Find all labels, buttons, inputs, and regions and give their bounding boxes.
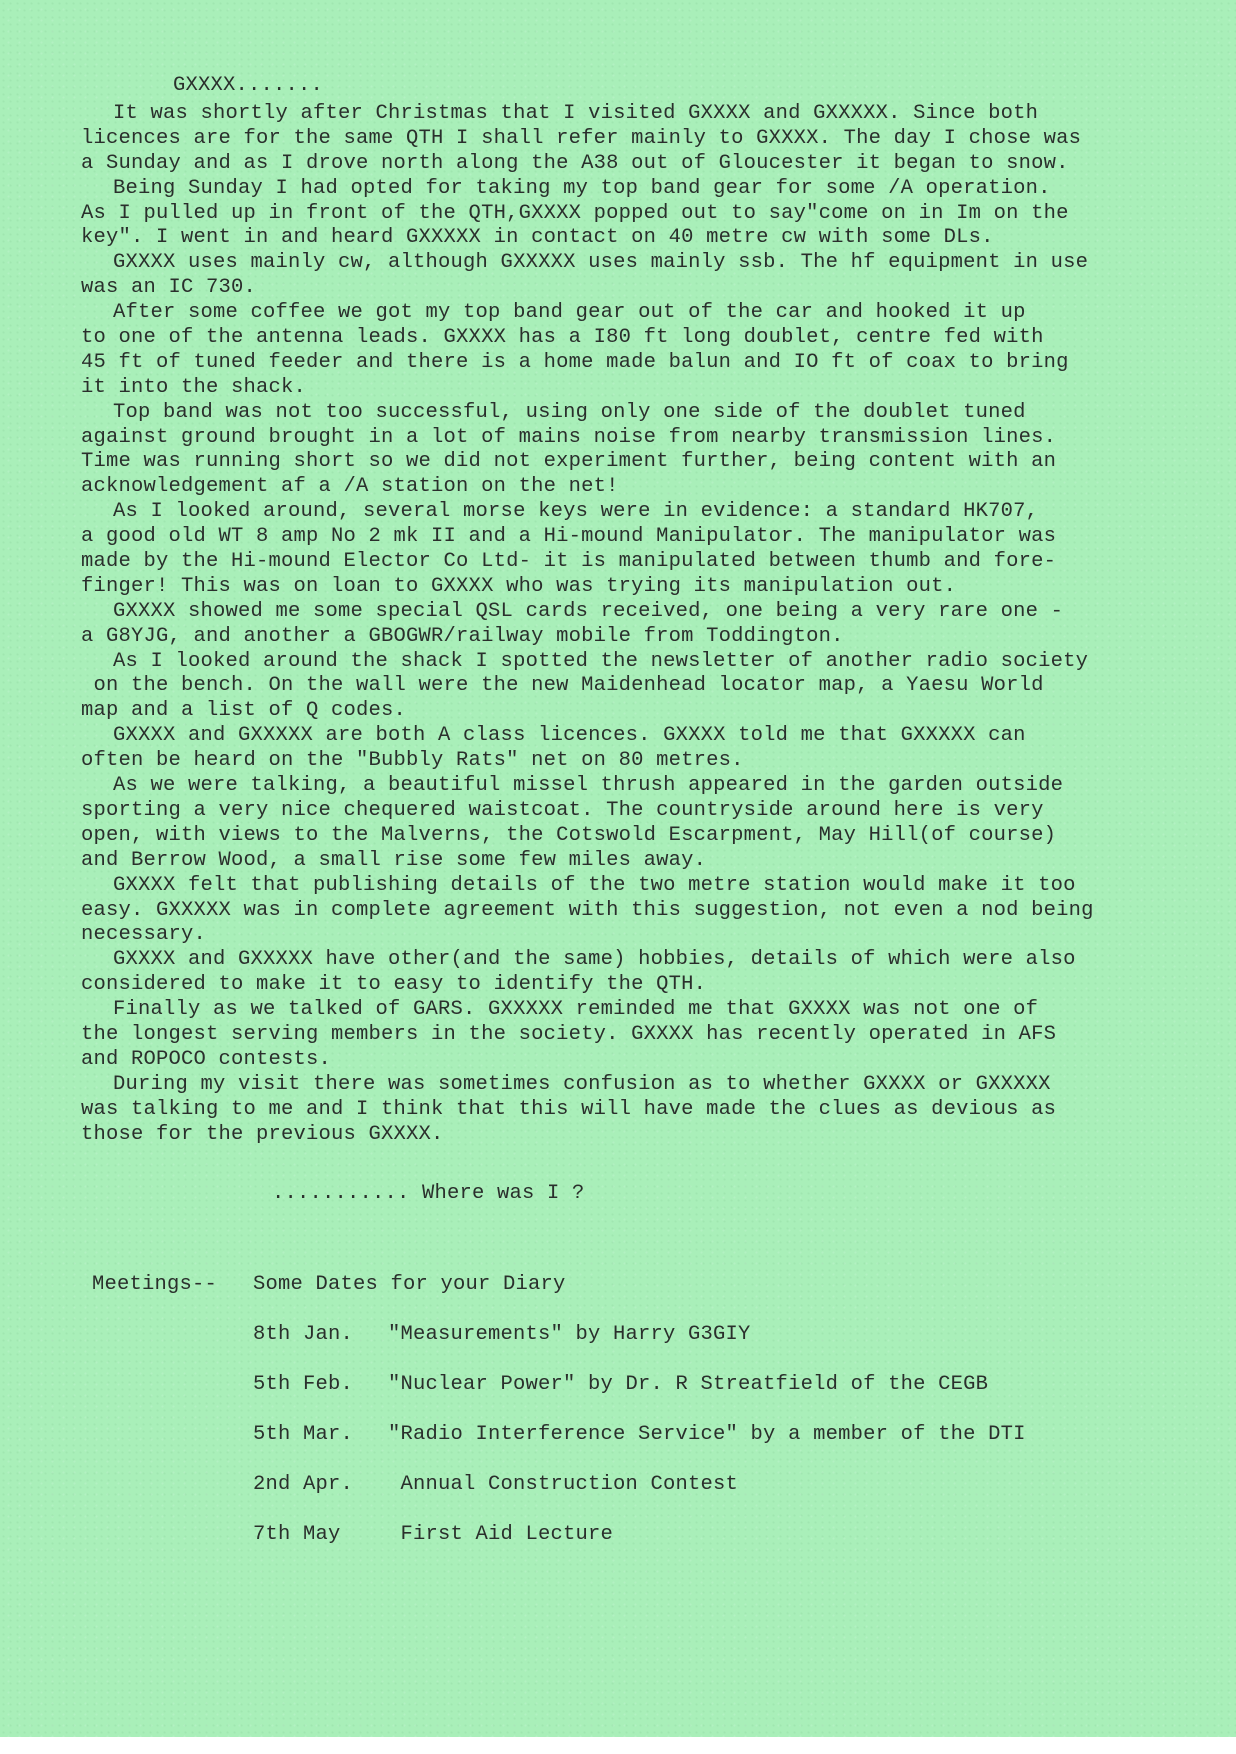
diary-event: "Radio Interference Service" by a member…	[388, 1423, 1026, 1473]
diary-event: "Nuclear Power" by Dr. R Streatfield of …	[388, 1373, 988, 1423]
paragraph-line: a G8YJG, and another a GBOGWR/railway mo…	[81, 625, 1091, 650]
paragraph-line: a Sunday and as I drove north along the …	[81, 152, 1091, 177]
paragraph-line: finger! This was on loan to GXXXX who wa…	[81, 575, 1091, 600]
paragraph-line: easy. GXXXXX was in complete agreement w…	[81, 899, 1091, 924]
paragraph-line: open, with views to the Malverns, the Co…	[81, 824, 1091, 849]
paragraph-first-line: Being Sunday I had opted for taking my t…	[81, 177, 1091, 202]
paragraph-line: was talking to me and I think that this …	[81, 1098, 1091, 1123]
diary-date: 8th Jan.	[253, 1323, 388, 1373]
diary-date: 2nd Apr.	[253, 1473, 388, 1523]
paragraph-first-line: It was shortly after Christmas that I vi…	[81, 102, 1091, 127]
paragraph-first-line: GXXXX showed me some special QSL cards r…	[81, 600, 1091, 625]
paragraph-line: key". I went in and heard GXXXXX in cont…	[81, 226, 1091, 251]
diary-list: Some Dates for your Diary 8th Jan. "Meas…	[253, 1273, 1026, 1573]
diary-event: Annual Construction Contest	[388, 1473, 738, 1523]
paragraph-first-line: GXXXX and GXXXXX have other(and the same…	[81, 948, 1091, 973]
paragraph-line: considered to make it to easy to identif…	[81, 973, 1091, 998]
meetings-label: Meetings--	[92, 1273, 217, 1296]
article-body: It was shortly after Christmas that I vi…	[81, 102, 1091, 1147]
paragraph-line: those for the previous GXXXX.	[81, 1123, 1091, 1148]
diary-date: 5th Feb.	[253, 1373, 388, 1423]
diary-item: 5th Feb. "Nuclear Power" by Dr. R Streat…	[253, 1373, 1026, 1423]
diary-event: First Aid Lecture	[388, 1523, 613, 1573]
paragraph-line: on the bench. On the wall were the new M…	[81, 674, 1091, 699]
article-title: GXXXX.......	[173, 74, 323, 97]
paragraph-line: Time was running short so we did not exp…	[81, 450, 1091, 475]
article-signoff: ........... Where was I ?	[272, 1182, 585, 1205]
paragraph-line: 45 ft of tuned feeder and there is a hom…	[81, 351, 1091, 376]
diary-item: 8th Jan. "Measurements" by Harry G3GIY	[253, 1323, 1026, 1373]
paragraph-first-line: As we were talking, a beautiful missel t…	[81, 774, 1091, 799]
paragraph-line: licences are for the same QTH I shall re…	[81, 127, 1091, 152]
paragraph-first-line: As I looked around the shack I spotted t…	[81, 650, 1091, 675]
diary-date: 5th Mar.	[253, 1423, 388, 1473]
paragraph-line: necessary.	[81, 923, 1091, 948]
document-page: GXXXX....... It was shortly after Christ…	[0, 0, 1236, 1737]
paragraph-line: sporting a very nice chequered waistcoat…	[81, 799, 1091, 824]
paragraph-line: and Berrow Wood, a small rise some few m…	[81, 849, 1091, 874]
diary-date: 7th May	[253, 1523, 388, 1573]
paragraph-line: As I pulled up in front of the QTH,GXXXX…	[81, 202, 1091, 227]
paragraph-line: map and a list of Q codes.	[81, 699, 1091, 724]
paragraph-line: made by the Hi-mound Elector Co Ltd- it …	[81, 550, 1091, 575]
paragraph-first-line: As I looked around, several morse keys w…	[81, 500, 1091, 525]
paragraph-first-line: Top band was not too successful, using o…	[81, 401, 1091, 426]
diary-item: 5th Mar. "Radio Interference Service" by…	[253, 1423, 1026, 1473]
paragraph-line: it into the shack.	[81, 376, 1091, 401]
paragraph-line: a good old WT 8 amp No 2 mk II and a Hi-…	[81, 525, 1091, 550]
paragraph-first-line: GXXXX felt that publishing details of th…	[81, 874, 1091, 899]
paragraph-first-line: GXXXX uses mainly cw, although GXXXXX us…	[81, 251, 1091, 276]
diary-item: 7th May First Aid Lecture	[253, 1523, 1026, 1573]
paragraph-first-line: After some coffee we got my top band gea…	[81, 301, 1091, 326]
diary-item: 2nd Apr. Annual Construction Contest	[253, 1473, 1026, 1523]
diary-event: "Measurements" by Harry G3GIY	[388, 1323, 751, 1373]
paragraph-line: was an IC 730.	[81, 276, 1091, 301]
paragraph-first-line: During my visit there was sometimes conf…	[81, 1073, 1091, 1098]
diary-heading: Some Dates for your Diary	[253, 1273, 1026, 1323]
paragraph-line: often be heard on the "Bubbly Rats" net …	[81, 749, 1091, 774]
paragraph-first-line: GXXXX and GXXXXX are both A class licenc…	[81, 724, 1091, 749]
paragraph-line: to one of the antenna leads. GXXXX has a…	[81, 326, 1091, 351]
paragraph-first-line: Finally as we talked of GARS. GXXXXX rem…	[81, 998, 1091, 1023]
paragraph-line: and ROPOCO contests.	[81, 1048, 1091, 1073]
paragraph-line: against ground brought in a lot of mains…	[81, 426, 1091, 451]
paragraph-line: the longest serving members in the socie…	[81, 1023, 1091, 1048]
paragraph-line: acknowledgement af a /A station on the n…	[81, 475, 1091, 500]
